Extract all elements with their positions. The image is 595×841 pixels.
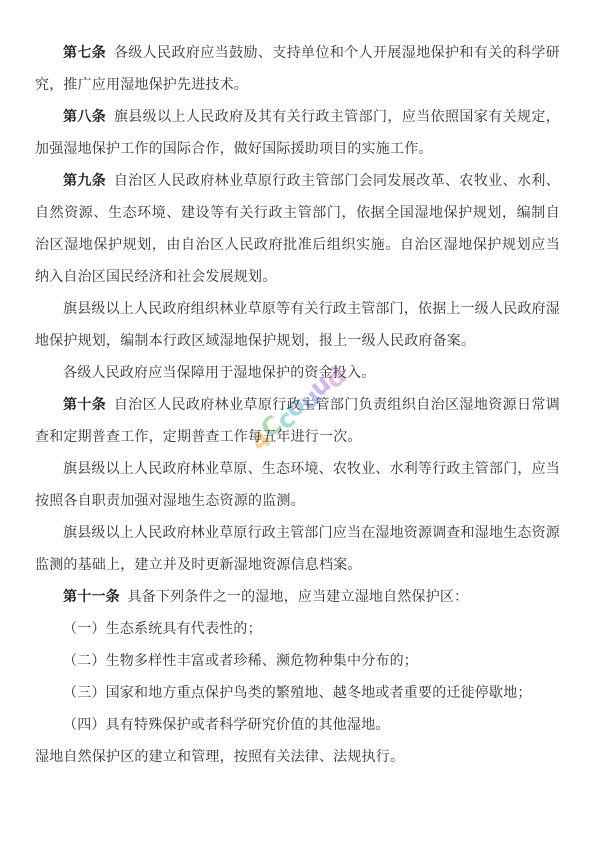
paragraph: 旗县级以上人民政府组织林业草原等有关行政主管部门，依据上一级人民政府湿地保护规划… (35, 292, 560, 356)
article-number-label: 第九条 (63, 172, 106, 188)
article-number-label: 第十一条 (63, 588, 120, 604)
document-body: 第七条各级人民政府应当鼓励、支持单位和个人开展湿地保护和有关的科学研究，推广应用… (0, 0, 595, 772)
paragraph: 第七条各级人民政府应当鼓励、支持单位和个人开展湿地保护和有关的科学研究，推广应用… (35, 36, 560, 100)
paragraph: 第九条自治区人民政府林业草原行政主管部门会同发展改革、农牧业、水利、自然资源、生… (35, 164, 560, 292)
paragraph: 第十一条具备下列条件之一的湿地，应当建立湿地自然保护区： (35, 580, 560, 612)
paragraph: （三）国家和地方重点保护鸟类的繁殖地、越冬地或者重要的迁徙停歇地； (35, 676, 560, 708)
paragraph: 湿地自然保护区的建立和管理，按照有关法律、法规执行。 (35, 740, 560, 772)
paragraph: 第八条旗县级以上人民政府及其有关行政主管部门，应当依照国家有关规定，加强湿地保护… (35, 100, 560, 164)
article-number-label: 第七条 (63, 44, 106, 60)
paragraph: 旗县级以上人民政府林业草原、生态环境、农牧业、水利等行政主管部门，应当按照各自职… (35, 452, 560, 516)
paragraph: （四）具有特殊保护或者科学研究价值的其他湿地。 (35, 708, 560, 740)
paragraph: 各级人民政府应当保障用于湿地保护的资金投入。 (35, 356, 560, 388)
paragraph: 旗县级以上人民政府林业草原行政主管部门应当在湿地资源调查和湿地生态资源监测的基础… (35, 516, 560, 580)
article-number-label: 第八条 (63, 108, 106, 124)
paragraph: （一）生态系统具有代表性的； (35, 612, 560, 644)
article-number-label: 第十条 (63, 396, 106, 412)
paragraph: （二）生物多样性丰富或者珍稀、濒危物种集中分布的； (35, 644, 560, 676)
document-page: 4Ccouud 第七条各级人民政府应当鼓励、支持单位和个人开展湿地保护和有关的科… (0, 0, 595, 841)
paragraph: 第十条自治区人民政府林业草原行政主管部门负责组织自治区湿地资源日常调查和定期普查… (35, 388, 560, 452)
